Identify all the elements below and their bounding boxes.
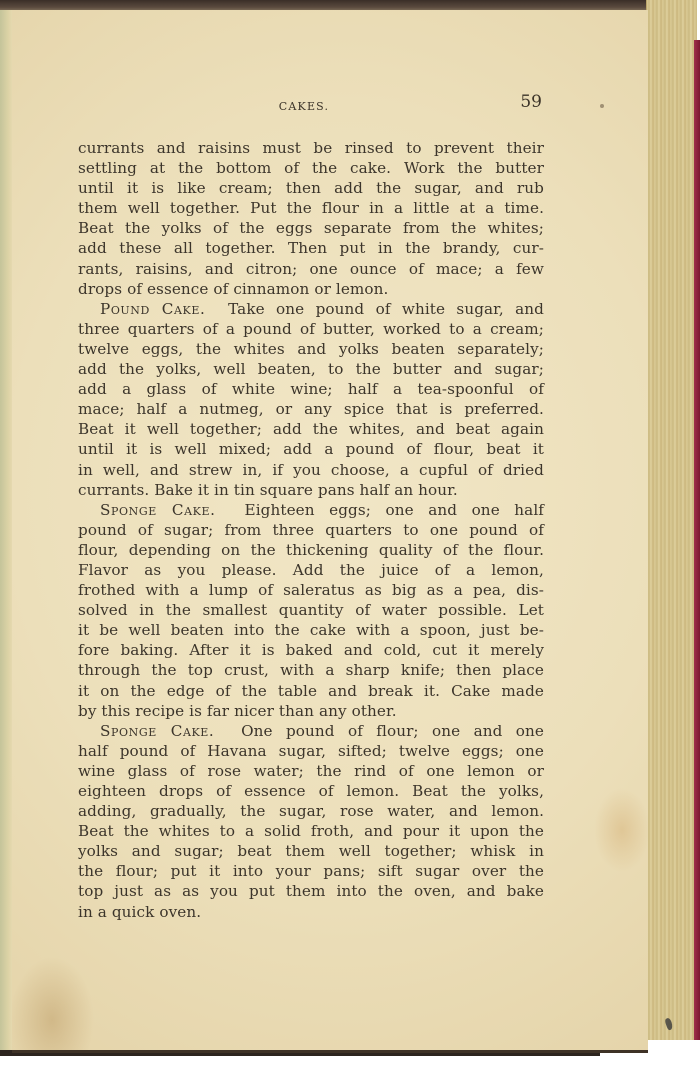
text-line: flour, depending on the thickening quali… (78, 540, 544, 560)
page-edges (646, 0, 697, 1040)
text-line: fore baking. After it is baked and cold,… (78, 640, 544, 660)
text-line: add a glass of white wine; half a tea-sp… (78, 379, 544, 399)
text-line: the flour; put it into your pans; sift s… (78, 861, 544, 881)
text-line: wine glass of rose water; the rind of on… (78, 761, 544, 781)
recipe-sponge-cake-2: Sponge Cake. One pound of flour; one and… (78, 721, 544, 922)
text-line-first: Sponge Cake. One pound of flour; one and… (78, 721, 544, 741)
text-line: currants. Bake it in tin square pans hal… (78, 480, 544, 500)
running-title: CAKES. (66, 100, 542, 113)
text-line: pound of sugar; from three quarters to o… (78, 520, 544, 540)
text-line: twelve eggs, the whites and yolks beaten… (78, 339, 544, 359)
text-line: add these all together. Then put in the … (78, 238, 544, 258)
text-line: top just as as you put them into the ove… (78, 881, 544, 901)
text-line: One pound of flour; one and one (241, 722, 544, 740)
text-line: three quarters of a pound of butter, wor… (78, 319, 544, 339)
recipe-heading: Pound Cake. (100, 300, 205, 318)
text-line: Take one pound of white sugar, and (228, 300, 544, 318)
text-line: Eighteen eggs; one and one half (245, 501, 544, 519)
text-line: Beat the yolks of the eggs separate from… (78, 218, 544, 238)
text-line: yolks and sugar; beat them well together… (78, 841, 544, 861)
body-text: currants and raisins must be rinsed to p… (78, 138, 544, 922)
recipe-sponge-cake-1: Sponge Cake. Eighteen eggs; one and one … (78, 500, 544, 721)
recipe-heading: Sponge Cake. (100, 722, 214, 740)
text-line: mace; half a nutmeg, or any spice that i… (78, 399, 544, 419)
text-line: solved in the smallest quantity of water… (78, 600, 544, 620)
book-cover-edge (694, 40, 700, 1040)
text-line: through the top crust, with a sharp knif… (78, 660, 544, 680)
text-line: in well, and strew in, if you choose, a … (78, 460, 544, 480)
text-line: Beat it well together; add the whites, a… (78, 419, 544, 439)
text-line: currants and raisins must be rinsed to p… (78, 138, 544, 158)
text-line: eighteen drops of essence of lemon. Beat… (78, 781, 544, 801)
text-line: in a quick oven. (78, 902, 544, 922)
text-line: it be well beaten into the cake with a s… (78, 620, 544, 640)
text-line: half pound of Havana sugar, sifted; twel… (78, 741, 544, 761)
page-number: 59 (520, 92, 542, 112)
text-line-first: Sponge Cake. Eighteen eggs; one and one … (78, 500, 544, 520)
text-line: drops of essence of cinnamon or lemon. (78, 279, 544, 299)
text-line: until it is like cream; then add the sug… (78, 178, 544, 198)
text-line: Flavor as you please. Add the juice of a… (78, 560, 544, 580)
text-line: add the yolks, well beaten, to the butte… (78, 359, 544, 379)
ink-speck (600, 104, 604, 108)
text-line: them well together. Put the flour in a l… (78, 198, 544, 218)
paragraph-continuation: currants and raisins must be rinsed to p… (78, 138, 544, 299)
running-head: CAKES. 59 (66, 92, 542, 116)
text-line: Beat the whites to a solid froth, and po… (78, 821, 544, 841)
text-line: adding, gradually, the sugar, rose water… (78, 801, 544, 821)
text-line: it on the edge of the table and break it… (78, 681, 544, 701)
text-line: by this recipe is far nicer than any oth… (78, 701, 544, 721)
text-line: rants, raisins, and citron; one ounce of… (78, 259, 544, 279)
recipe-heading: Sponge Cake. (100, 501, 216, 519)
scanned-book-page: CAKES. 59 currants and raisins must be r… (0, 0, 700, 1070)
recipe-pound-cake: Pound Cake. Take one pound of white suga… (78, 299, 544, 500)
text-line: until it is well mixed; add a pound of f… (78, 439, 544, 459)
text-line-first: Pound Cake. Take one pound of white suga… (78, 299, 544, 319)
text-line: frothed with a lump of saleratus as big … (78, 580, 544, 600)
text-line: settling at the bottom of the cake. Work… (78, 158, 544, 178)
